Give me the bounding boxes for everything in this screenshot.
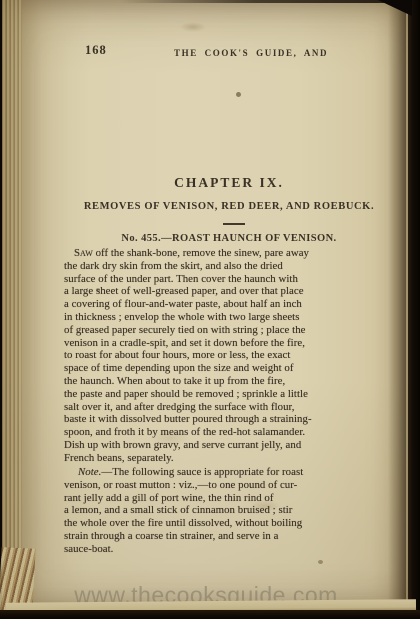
note-paragraph: Note.—The following sauce is appropriate…: [64, 466, 380, 556]
paragraph-lead-word: Saw: [74, 247, 93, 259]
chapter-heading: CHAPTER IX.: [70, 175, 388, 191]
running-header: THE COOK'S GUIDE, AND: [174, 48, 328, 58]
section-divider-rule: [223, 223, 245, 225]
note-lead-word: Note.: [78, 466, 101, 478]
recipe-title: No. 455.—ROAST HAUNCH OF VENISON.: [70, 233, 388, 244]
page-top-edge-shadow: [120, 0, 420, 3]
book-spine-edge: [0, 0, 2, 619]
page-right-edge-shadow: [388, 0, 406, 611]
background-top-right-corner: [378, 0, 412, 16]
book-scan-photo: 168 THE COOK'S GUIDE, AND CHAPTER IX. RE…: [0, 0, 420, 619]
background-bottom-edge: [0, 610, 420, 619]
recipe-paragraph: Saw off the shank-bone, remove the sinew…: [64, 247, 380, 465]
page-number: 168: [85, 43, 107, 58]
note-text: —The following sauce is appropriate for …: [64, 466, 303, 555]
background-right-edge: [408, 0, 420, 619]
book-page: 168 THE COOK'S GUIDE, AND CHAPTER IX. RE…: [0, 0, 412, 611]
chapter-subtitle: REMOVES OF VENISON, RED DEER, AND ROEBUC…: [70, 201, 388, 212]
paragraph-text: off the shank-bone, remove the sinew, pa…: [64, 247, 312, 464]
gutter-page-edges: [2, 0, 22, 611]
printed-content: 168 THE COOK'S GUIDE, AND CHAPTER IX. RE…: [62, 0, 380, 611]
